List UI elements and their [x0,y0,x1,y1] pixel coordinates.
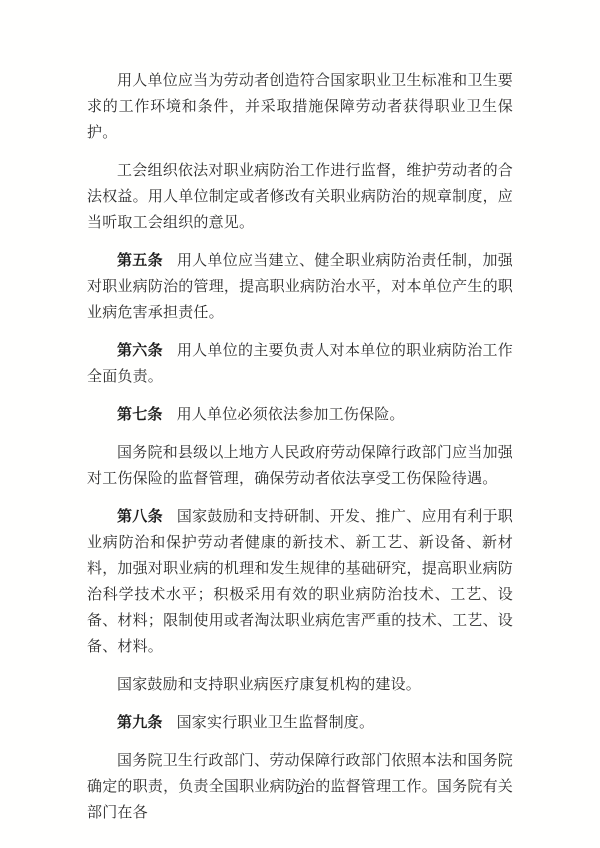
paragraph-article-5: 第五条用人单位应当建立、健全职业病防治责任制，加强对职业病防治的管理，提高职业病… [87,248,513,326]
paragraph-text: 国家鼓励和支持研制、开发、推广、应用有利于职业病防治和保护劳动者健康的新技术、新… [87,509,513,655]
paragraph-text: 用人单位必须依法参加工伤保险。 [177,407,405,423]
paragraph-text: 用人单位应当为劳动者创造符合国家职业卫生标准和卫生要求的工作环境和条件，并采取措… [87,73,513,141]
article-number-label: 第九条 [117,715,163,731]
paragraph-article-7: 第七条用人单位必须依法参加工伤保险。 [87,402,513,428]
paragraph: 国务院和县级以上地方人民政府劳动保障行政部门应当加强对工伤保险的监督管理，确保劳… [87,440,513,492]
paragraph: 国家鼓励和支持职业病医疗康复机构的建设。 [87,672,513,698]
paragraph-text: 国家鼓励和支持职业病医疗康复机构的建设。 [117,677,421,693]
paragraph-text: 国家实行职业卫生监督制度。 [177,715,375,731]
article-number-label: 第五条 [117,253,163,269]
paragraph-text: 国务院和县级以上地方人民政府劳动保障行政部门应当加强对工伤保险的监督管理，确保劳… [87,445,513,487]
paragraph-article-6: 第六条用人单位的主要负责人对本单位的职业病防治工作全面负责。 [87,338,513,390]
article-number-label: 第八条 [117,509,163,525]
page-number: 2 [0,782,600,800]
article-number-label: 第七条 [117,407,163,423]
paragraph: 用人单位应当为劳动者创造符合国家职业卫生标准和卫生要求的工作环境和条件，并采取措… [87,68,513,146]
article-number-label: 第六条 [117,343,163,359]
document-body: 用人单位应当为劳动者创造符合国家职业卫生标准和卫生要求的工作环境和条件，并采取措… [87,68,513,838]
paragraph-article-8: 第八条国家鼓励和支持研制、开发、推广、应用有利于职业病防治和保护劳动者健康的新技… [87,504,513,660]
document-page: 用人单位应当为劳动者创造符合国家职业卫生标准和卫生要求的工作环境和条件，并采取措… [0,0,600,848]
paragraph-article-9: 第九条国家实行职业卫生监督制度。 [87,710,513,736]
paragraph: 工会组织依法对职业病防治工作进行监督，维护劳动者的合法权益。用人单位制定或者修改… [87,158,513,236]
paragraph-text: 工会组织依法对职业病防治工作进行监督，维护劳动者的合法权益。用人单位制定或者修改… [87,163,513,231]
